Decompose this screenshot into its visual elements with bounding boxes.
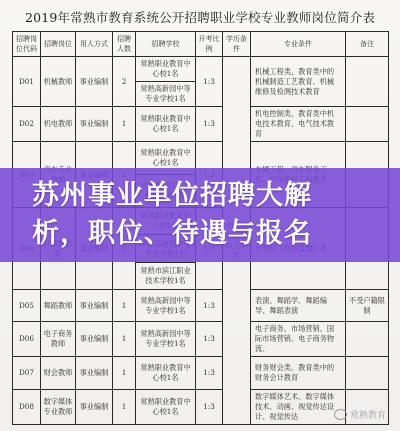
column-header: 招聘岗位代码 (13, 32, 41, 57)
cell-employment: 事业编制 (76, 322, 113, 357)
cell-count: 1 (113, 322, 136, 357)
document-title: 2019年常熟市教育系统公开招聘职业学校专业教师岗位简介表 (0, 8, 400, 26)
cell-employment: 事业编制 (76, 57, 113, 107)
column-header: 招聘学校 (136, 32, 196, 57)
table-row: D08 数字媒体专业教师 事业编制 1 常熟职业教育中心校1名 1:3 数字媒体… (13, 390, 389, 425)
cell-position: 舞蹈教师 (41, 290, 76, 322)
cell-major: 机电控制类，教育类中机电技术教育、电气技术教育 (251, 107, 346, 142)
cell-position: 电子商务教师 (41, 322, 76, 357)
cell-count: 1 (113, 107, 136, 142)
cell-ratio: 1:3 (196, 390, 223, 425)
column-header: 学历条件 (223, 32, 251, 57)
cell-major: 财务财会类、教育类中的财务会计教育 (251, 357, 346, 390)
cell-school: 常熟职业教育中心校1名 (136, 390, 196, 425)
cell-ratio: 1:3 (196, 107, 223, 142)
cell-position: 数字媒体专业教师 (41, 390, 76, 425)
cell-position: 机械教师 (41, 57, 76, 107)
cell-employment: 事业编制 (76, 107, 113, 142)
cell-count: 1 (113, 290, 136, 322)
table-header-row: 招聘岗位代码 招聘岗位 用人方式 招聘人数 招聘学校 开考比例 学历条件 专业条… (13, 32, 389, 57)
cell-ratio: 1:3 (196, 57, 223, 107)
watermark: 常熟教育 (334, 408, 386, 421)
headline-line-2: 析，职位、待遇与报名 (32, 215, 400, 253)
column-header: 专业条件 (251, 32, 346, 57)
cell-school: 常熟市滨江职业技术学校1名 (136, 263, 196, 290)
cell-note (346, 107, 389, 142)
cell-count: 1 (113, 390, 136, 425)
table-row: D07 财会教师 事业编制 1 常熟职业教育中心校1名 1:3 财务财会类、教育… (13, 357, 389, 390)
cell-code: D07 (13, 357, 41, 390)
cell-note (346, 357, 389, 390)
cell-school: 常熟高新园中等专业学校1名 (136, 290, 196, 322)
table-row: D01 机械教师 事业编制 2 常熟职业教育中心校1名 1:3 全日制本科及以上… (13, 57, 389, 82)
cell-count: 1 (113, 357, 136, 390)
table-row: D02 机电教师 事业编制 1 常熟职业教育中心校1名 1:3 机电控制类，教育… (13, 107, 389, 142)
cell-position: 财会教师 (41, 357, 76, 390)
table-row: D05 舞蹈教师 事业编制 1 常熟高新园中等专业学校1名 1:3 表演、舞蹈学… (13, 290, 389, 322)
cell-major: 表演、舞蹈学、舞蹈编导、舞蹈表演 (251, 290, 346, 322)
cell-school: 常熟高新园中等专业学校1名 (136, 82, 196, 107)
cell-code: D06 (13, 322, 41, 357)
cell-count: 2 (113, 57, 136, 107)
cell-major: 电子商务、市场营销、国际市场营销、电子商务物流、 (251, 322, 346, 357)
table-row: D06 电子商务教师 事业编制 1 常熟高新园中等专业学校1名 1:3 电子商务… (13, 322, 389, 357)
column-header: 用人方式 (76, 32, 113, 57)
cell-note (346, 322, 389, 357)
cell-school: 常熟职业教育中心校1名 (136, 357, 196, 390)
cell-code: D02 (13, 107, 41, 142)
headline-line-1: 苏州事业单位招聘大解 (32, 177, 400, 215)
cell-ratio: 1:3 (196, 322, 223, 357)
cell-school: 常熟高新园中等专业学校1名 (136, 322, 196, 357)
cell-note (346, 57, 389, 107)
column-header: 备注 (346, 32, 389, 57)
watermark-text: 常熟教育 (350, 408, 386, 421)
column-header: 开考比例 (196, 32, 223, 57)
cell-note: 不受户籍限制 (346, 290, 389, 322)
cell-ratio: 1:3 (196, 357, 223, 390)
cell-code: D08 (13, 390, 41, 425)
wechat-icon (334, 409, 347, 420)
cell-employment: 事业编制 (76, 390, 113, 425)
cell-employment: 事业编制 (76, 357, 113, 390)
cell-code: D05 (13, 290, 41, 322)
cell-school: 常熟职业教育中心校1名 (136, 107, 196, 142)
cell-employment: 事业编制 (76, 290, 113, 322)
cell-position: 机电教师 (41, 107, 76, 142)
cell-code: D01 (13, 57, 41, 107)
column-header: 招聘人数 (113, 32, 136, 57)
cell-major: 数字媒体艺术、数字媒体技术、动画、视觉传达设计、视觉传达 (251, 390, 346, 425)
cell-major: 机械工程类，教育类中的机械制造工艺教育、机械维修及检测技术教育 (251, 57, 346, 107)
cell-school: 常熟职业教育中心校1名 (136, 57, 196, 82)
column-header: 招聘岗位 (41, 32, 76, 57)
cell-ratio: 1:3 (196, 290, 223, 322)
headline-banner: 苏州事业单位招聘大解 析，职位、待遇与报名 (0, 168, 400, 262)
